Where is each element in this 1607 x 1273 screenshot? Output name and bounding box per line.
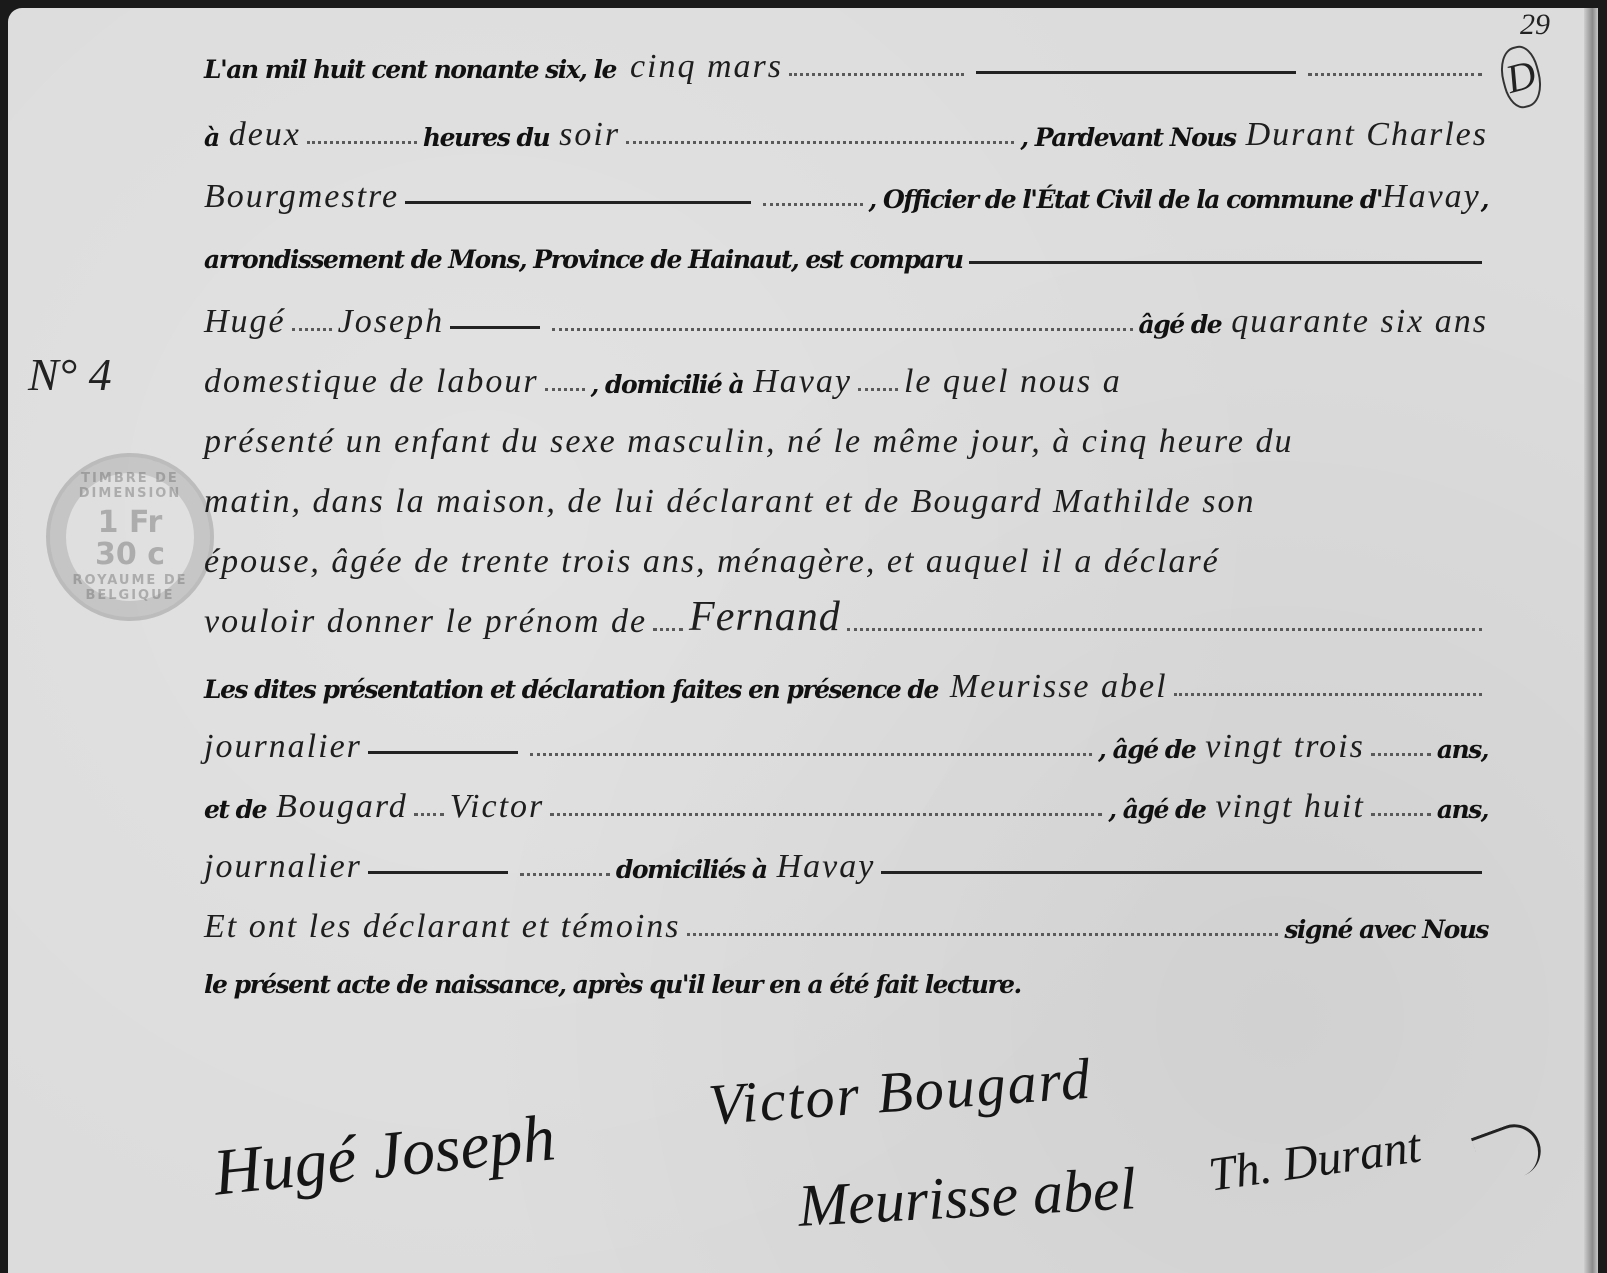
record-line-1: L'an mil huit cent nonante six, le cinq … xyxy=(204,28,1488,88)
witness2-age: vingt huit xyxy=(1215,788,1364,828)
fill-line xyxy=(789,73,963,76)
officer-title-entry: Bourgmestre xyxy=(204,178,399,218)
form-text: heures du xyxy=(423,123,549,156)
record-line-8: matin, dans la maison, de lui déclarant … xyxy=(204,463,1488,523)
form-text: , âgé de xyxy=(1098,735,1195,768)
form-text: à xyxy=(204,123,219,156)
stamp-value: 1 Fr 30 c xyxy=(50,507,210,571)
form-text: , âgé de xyxy=(1108,795,1205,828)
record-line-4: arrondissement de Mons, Province de Hain… xyxy=(204,218,1488,278)
fill-line xyxy=(520,873,610,876)
record-line-13: et de Bougard Victor , âgé de vingt huit… xyxy=(204,768,1488,828)
form-text: Les dites présentation et déclaration fa… xyxy=(204,675,938,708)
fill-dash xyxy=(969,261,1482,264)
page-binding-edge xyxy=(1584,8,1598,1265)
record-line-2: à deux heures du soir , Pardevant Nous D… xyxy=(204,96,1488,156)
record-line-12: journalier , âgé de vingt trois ans, xyxy=(204,708,1488,768)
fill-line xyxy=(763,203,863,206)
handwritten-text: matin, dans la maison, de lui déclarant … xyxy=(204,483,1256,523)
form-text: , xyxy=(1481,185,1488,218)
time-of-day-entry: soir xyxy=(559,116,620,156)
form-text: et de xyxy=(204,795,266,828)
signature-flourish xyxy=(1471,1117,1548,1188)
form-text: , Pardevant Nous xyxy=(1020,123,1235,156)
handwritten-text: épouse, âgée de trente trois ans, ménagè… xyxy=(204,543,1220,583)
form-text: domiciliés à xyxy=(616,855,767,888)
witnesses-residence: Havay xyxy=(777,848,876,888)
record-line-14: journalier domiciliés à Havay xyxy=(204,828,1488,888)
form-text: , domicilié à xyxy=(591,370,744,403)
fill-line xyxy=(1174,693,1482,696)
form-text: âgé de xyxy=(1139,310,1222,343)
record-line-3: Bourgmestre , Officier de l'État Civil d… xyxy=(204,158,1488,218)
witness1-age: vingt trois xyxy=(1205,728,1365,768)
fill-line xyxy=(626,141,1014,144)
fill-dash xyxy=(368,871,508,874)
officer-name-entry: Durant Charles xyxy=(1246,116,1488,156)
fill-line xyxy=(858,388,898,391)
record-line-7: présenté un enfant du sexe masculin, né … xyxy=(204,403,1488,463)
record-line-15: Et ont les déclarant et témoins signé av… xyxy=(204,888,1488,948)
declarant-occupation: domestique de labour xyxy=(204,363,539,403)
form-text: , Officier de l'État Civil de la commune… xyxy=(869,185,1383,218)
fill-line xyxy=(552,328,1132,331)
date-entry: cinq mars xyxy=(630,48,783,88)
fill-line xyxy=(687,933,1279,936)
handwritten-text: présenté un enfant du sexe masculin, né … xyxy=(204,423,1293,463)
stamp-bottom-text: ROYAUME DE BELGIQUE xyxy=(50,573,210,603)
declarant-firstname: Joseph xyxy=(338,303,444,343)
fill-dash xyxy=(881,871,1482,874)
declarant-surname: Hugé xyxy=(204,303,286,343)
form-text: ans, xyxy=(1437,735,1488,768)
record-line-5: Hugé Joseph âgé de quarante six ans xyxy=(204,283,1488,343)
record-line-11: Les dites présentation et déclaration fa… xyxy=(204,648,1488,708)
declarant-age: quarante six ans xyxy=(1231,303,1488,343)
margin-paraph: D xyxy=(1495,42,1548,112)
declarant-residence: Havay xyxy=(753,363,852,403)
tax-stamp: TIMBRE DE DIMENSION 1 Fr 30 c ROYAUME DE… xyxy=(46,453,214,621)
stamp-top-text: TIMBRE DE DIMENSION xyxy=(50,471,210,501)
fill-line xyxy=(1308,73,1482,76)
signature-witness-meurisse: Meurisse abel xyxy=(796,1154,1137,1241)
fill-dash xyxy=(450,326,540,329)
fill-line xyxy=(292,328,332,331)
fill-line xyxy=(847,628,1482,631)
form-text: arrondissement de Mons, Province de Hain… xyxy=(204,245,963,278)
record-line-9: épouse, âgée de trente trois ans, ménagè… xyxy=(204,523,1488,583)
fill-dash xyxy=(976,71,1296,74)
fill-line xyxy=(1371,813,1431,816)
child-given-name: Fernand xyxy=(689,593,841,643)
fill-line xyxy=(414,813,444,816)
witness2-occupation: journalier xyxy=(204,848,362,888)
fill-line xyxy=(653,628,683,631)
record-line-10: vouloir donner le prénom de Fernand xyxy=(204,583,1488,643)
witness2-surname: Bougard xyxy=(276,788,408,828)
fill-line xyxy=(1371,753,1431,756)
form-text: L'an mil huit cent nonante six, le xyxy=(204,55,616,88)
stamp-value-line1: 1 Fr xyxy=(50,507,210,539)
stamp-value-line2: 30 c xyxy=(50,539,210,571)
witness2-firstname: Victor xyxy=(450,788,544,828)
witness1-occupation: journalier xyxy=(204,728,362,768)
form-text: ans, xyxy=(1437,795,1488,828)
record-number: N° 4 xyxy=(28,348,112,401)
hour-entry: deux xyxy=(229,116,301,156)
witness1-name: Meurisse abel xyxy=(950,668,1168,708)
fill-line xyxy=(307,141,417,144)
signature-declarant: Hugé Joseph xyxy=(210,1100,559,1211)
signature-officer: Th. Durant xyxy=(1205,1118,1424,1202)
form-text: le présent acte de naissance, après qu'i… xyxy=(204,970,1021,1003)
fill-dash xyxy=(368,751,518,754)
handwritten-text: vouloir donner le prénom de xyxy=(204,603,647,643)
fill-line xyxy=(545,388,585,391)
commune-entry: Havay xyxy=(1382,178,1481,218)
handwritten-text: Et ont les déclarant et témoins xyxy=(204,908,681,948)
fill-line xyxy=(530,753,1092,756)
signature-witness-victor-bougard: Victor Bougard xyxy=(706,1045,1094,1139)
document-page: 29 D N° 4 TIMBRE DE DIMENSION 1 Fr 30 c … xyxy=(8,8,1598,1265)
page-number: 29 xyxy=(1520,8,1550,42)
fill-dash xyxy=(405,201,750,204)
record-line-16: le présent acte de naissance, après qu'i… xyxy=(204,943,1488,1003)
fill-line xyxy=(550,813,1102,816)
record-line-6: domestique de labour , domicilié à Havay… xyxy=(204,343,1488,403)
handwritten-text: le quel nous a xyxy=(904,363,1122,403)
